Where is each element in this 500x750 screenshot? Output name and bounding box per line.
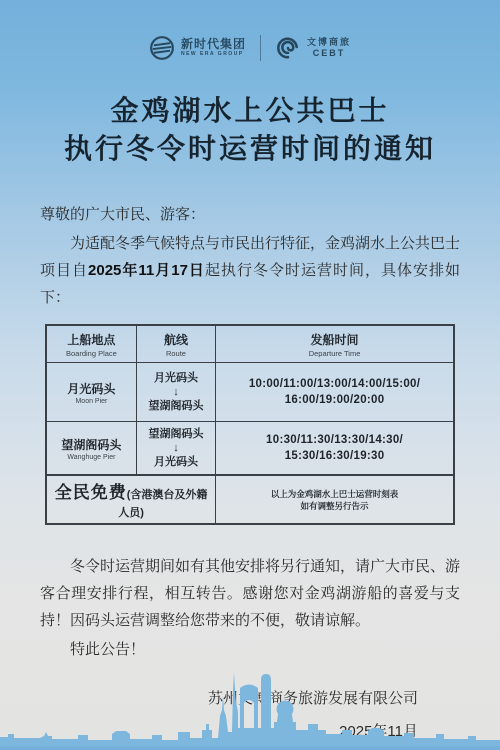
newera-logo-text: 新时代集团 NEW ERA GROUP [181,38,246,58]
header-route: 航线 Route [136,325,215,363]
table-header-row: 上船地点 Boarding Place 航线 Route 发船时间 Depart… [46,325,454,363]
moon-pier-times-cell: 10:00/11:00/13:00/14:00/15:00/ 16:00/19:… [216,363,454,422]
header-route-en: Route [141,349,211,358]
cebt-logo-sub: CEBT [307,48,351,59]
newera-logo: 新时代集团 NEW ERA GROUP [149,35,246,61]
cebt-spiral-icon [275,35,301,61]
effective-date: 2025年11月17日 [88,262,205,279]
arrow-down-icon: ↓ [141,442,211,455]
table-row-free-fare: 全民免费(含港澳台及外籍人员) 以上为金鸡湖水上巴士运营时刻表 如有调整另行告示 [46,475,454,524]
wanghuge-pier-zh: 望湖阁码头 [51,436,132,453]
intro-paragraph: 为适配冬季气候特点与市民出行特征，金鸡湖水上公共巴士项目自2025年11月17日… [40,230,460,311]
free-fare-label: 全民免费 [55,483,127,502]
times-line2: 16:00/19:00/20:00 [220,392,449,408]
schedule-table: 上船地点 Boarding Place 航线 Route 发船时间 Depart… [45,324,455,525]
times-line1: 10:30/11:30/13:30/14:30/ [220,432,449,448]
moon-pier-route-cell: 月光码头 ↓ 望湖阁码头 [136,363,215,422]
wanghuge-pier-times-cell: 10:30/11:30/13:30/14:30/ 15:30/16:30/19:… [216,422,454,476]
header-boarding-place-en: Boarding Place [51,349,132,358]
notice-title-line2: 执行冬令时运营时间的通知 [64,133,436,164]
header-boarding-place: 上船地点 Boarding Place [46,325,136,363]
closing-paragraph: 冬令时运营期间如有其他安排将另行通知，请广大市民、游客合理安排行程，相互转告。感… [40,553,460,634]
timetable-notice-line1: 以上为金鸡湖水上巴士运营时刻表 [220,488,449,500]
times-line2: 15:30/16:30/19:30 [220,448,449,464]
header-departure-time: 发船时间 Departure Time [216,325,454,363]
moon-pier-zh: 月光码头 [51,380,132,397]
header-departure-time-zh: 发船时间 [220,331,449,348]
wanghuge-pier-route-cell: 望湖阁码头 ↓ 月光码头 [136,422,215,476]
moon-pier-en: Moon Pier [51,398,132,405]
route-to: 月光码头 [141,456,211,469]
cebt-logo: 文博商旅 CEBT [275,35,351,61]
wanghuge-pier-cell: 望湖阁码头 Wanghuge Pier [46,422,136,476]
salutation: 尊敬的广大市民、游客： [40,202,460,228]
logo-divider [260,35,261,61]
route-from: 望湖阁码头 [141,428,211,441]
notice-title: 金鸡湖水上公共巴士 执行冬令时运营时间的通知 [0,92,500,168]
route-from: 月光码头 [141,372,211,385]
skyline-baseline [0,746,500,750]
notice-title-line1: 金鸡湖水上公共巴士 [110,95,389,126]
header-route-zh: 航线 [141,331,211,348]
header-departure-time-en: Departure Time [220,349,449,358]
cebt-logo-name: 文博商旅 [307,37,351,48]
moon-pier-cell: 月光码头 Moon Pier [46,363,136,422]
arrow-down-icon: ↓ [141,386,211,399]
free-fare-cell: 全民免费(含港澳台及外籍人员) [46,475,216,524]
newera-logo-name: 新时代集团 [181,38,246,51]
city-skyline-silhouette [0,650,500,750]
timetable-notice-cell: 以上为金鸡湖水上巴士运营时刻表 如有调整另行告示 [216,475,454,524]
times-line1: 10:00/11:00/13:00/14:00/15:00/ [220,376,449,392]
table-row-moon-pier: 月光码头 Moon Pier 月光码头 ↓ 望湖阁码头 10:00/11:00/… [46,363,454,422]
route-to: 望湖阁码头 [141,400,211,413]
timetable-notice-line2: 如有调整另行告示 [220,500,449,512]
newera-logo-sub: NEW ERA GROUP [181,51,246,58]
wanghuge-pier-en: Wanghuge Pier [51,454,132,461]
header-boarding-place-zh: 上船地点 [51,331,132,348]
cebt-logo-text: 文博商旅 CEBT [307,37,351,59]
notice-poster: 新时代集团 NEW ERA GROUP 文博商旅 CEBT 金鸡湖水上公共巴士 … [0,0,500,750]
table-row-wanghuge-pier: 望湖阁码头 Wanghuge Pier 望湖阁码头 ↓ 月光码头 10:30/1… [46,422,454,476]
newera-globe-icon [149,35,175,61]
free-fare-note: (含港澳台及外籍人员) [118,489,207,519]
header-logos: 新时代集团 NEW ERA GROUP 文博商旅 CEBT [0,0,500,66]
